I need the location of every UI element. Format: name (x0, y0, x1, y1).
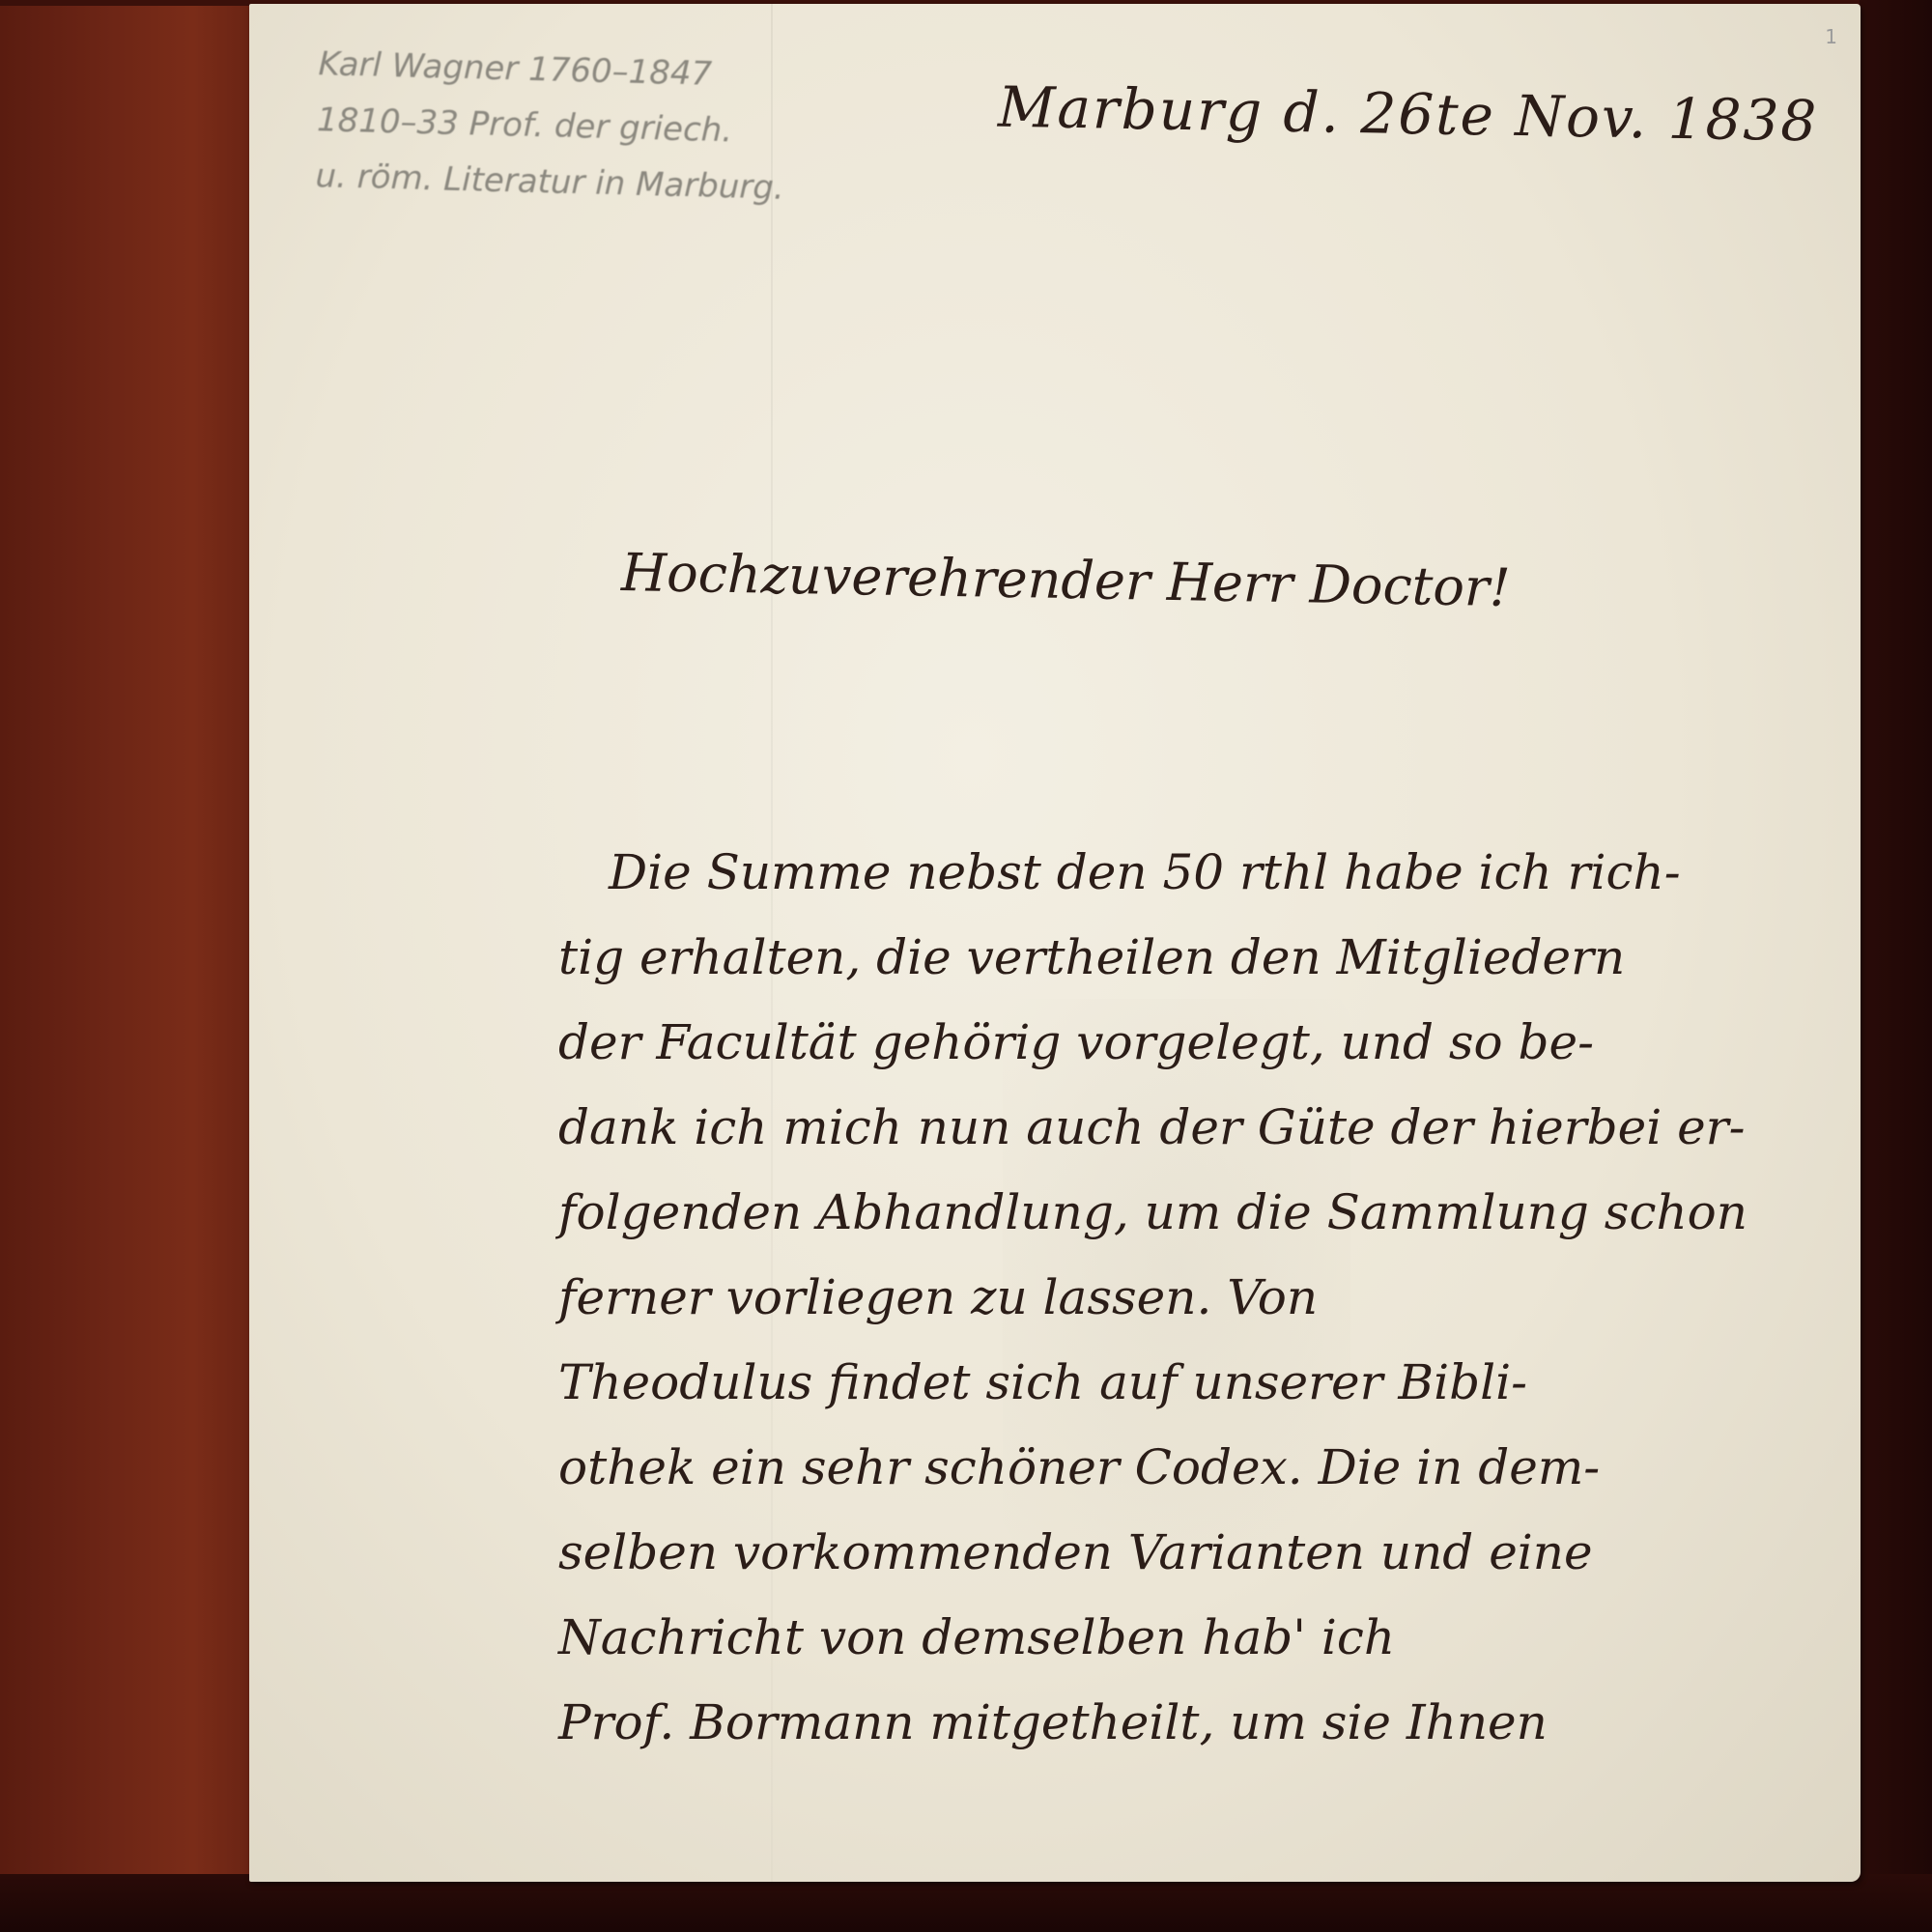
body-line: folgenden Abhandlung, um die Sammlung sc… (558, 1170, 1814, 1255)
body-line: ferner vorliegen zu lassen. Von (558, 1255, 1814, 1340)
archival-note-line: u. röm. Literatur in Marburg. (315, 148, 818, 217)
letter-body: Die Summe nebst den 50 rthl habe ich ric… (558, 830, 1814, 1765)
dark-background-right (1860, 0, 1932, 1932)
body-line: Prof. Bormann mitgetheilt, um sie Ihnen (558, 1680, 1814, 1765)
body-line: der Facultät gehörig vorgelegt, und so b… (558, 1000, 1814, 1085)
body-line: Nachricht von demselben hab' ich (558, 1595, 1814, 1680)
body-line: othek ein sehr schöner Codex. Die in dem… (558, 1425, 1814, 1510)
dark-background-bottom (0, 1874, 1932, 1932)
letter-sheet: Karl Wagner 1760–1847 1810–33 Prof. der … (249, 4, 1861, 1882)
body-line: Theodulus findet sich auf unserer Bibli- (558, 1340, 1814, 1425)
body-line: selben vorkommenden Varianten und eine (558, 1510, 1814, 1595)
dateline: Marburg d. 26te Nov. 1838 (997, 74, 1818, 155)
archival-pencil-note: Karl Wagner 1760–1847 1810–33 Prof. der … (315, 36, 821, 217)
page-number: 1 (1825, 25, 1837, 48)
body-line: Die Summe nebst den 50 rthl habe ich ric… (558, 830, 1814, 915)
body-line: tig erhalten, die vertheilen den Mitglie… (558, 915, 1814, 1000)
salutation: Hochzuverehrender Herr Doctor! (621, 542, 1511, 618)
body-line: dank ich mich nun auch der Güte der hier… (558, 1085, 1814, 1170)
